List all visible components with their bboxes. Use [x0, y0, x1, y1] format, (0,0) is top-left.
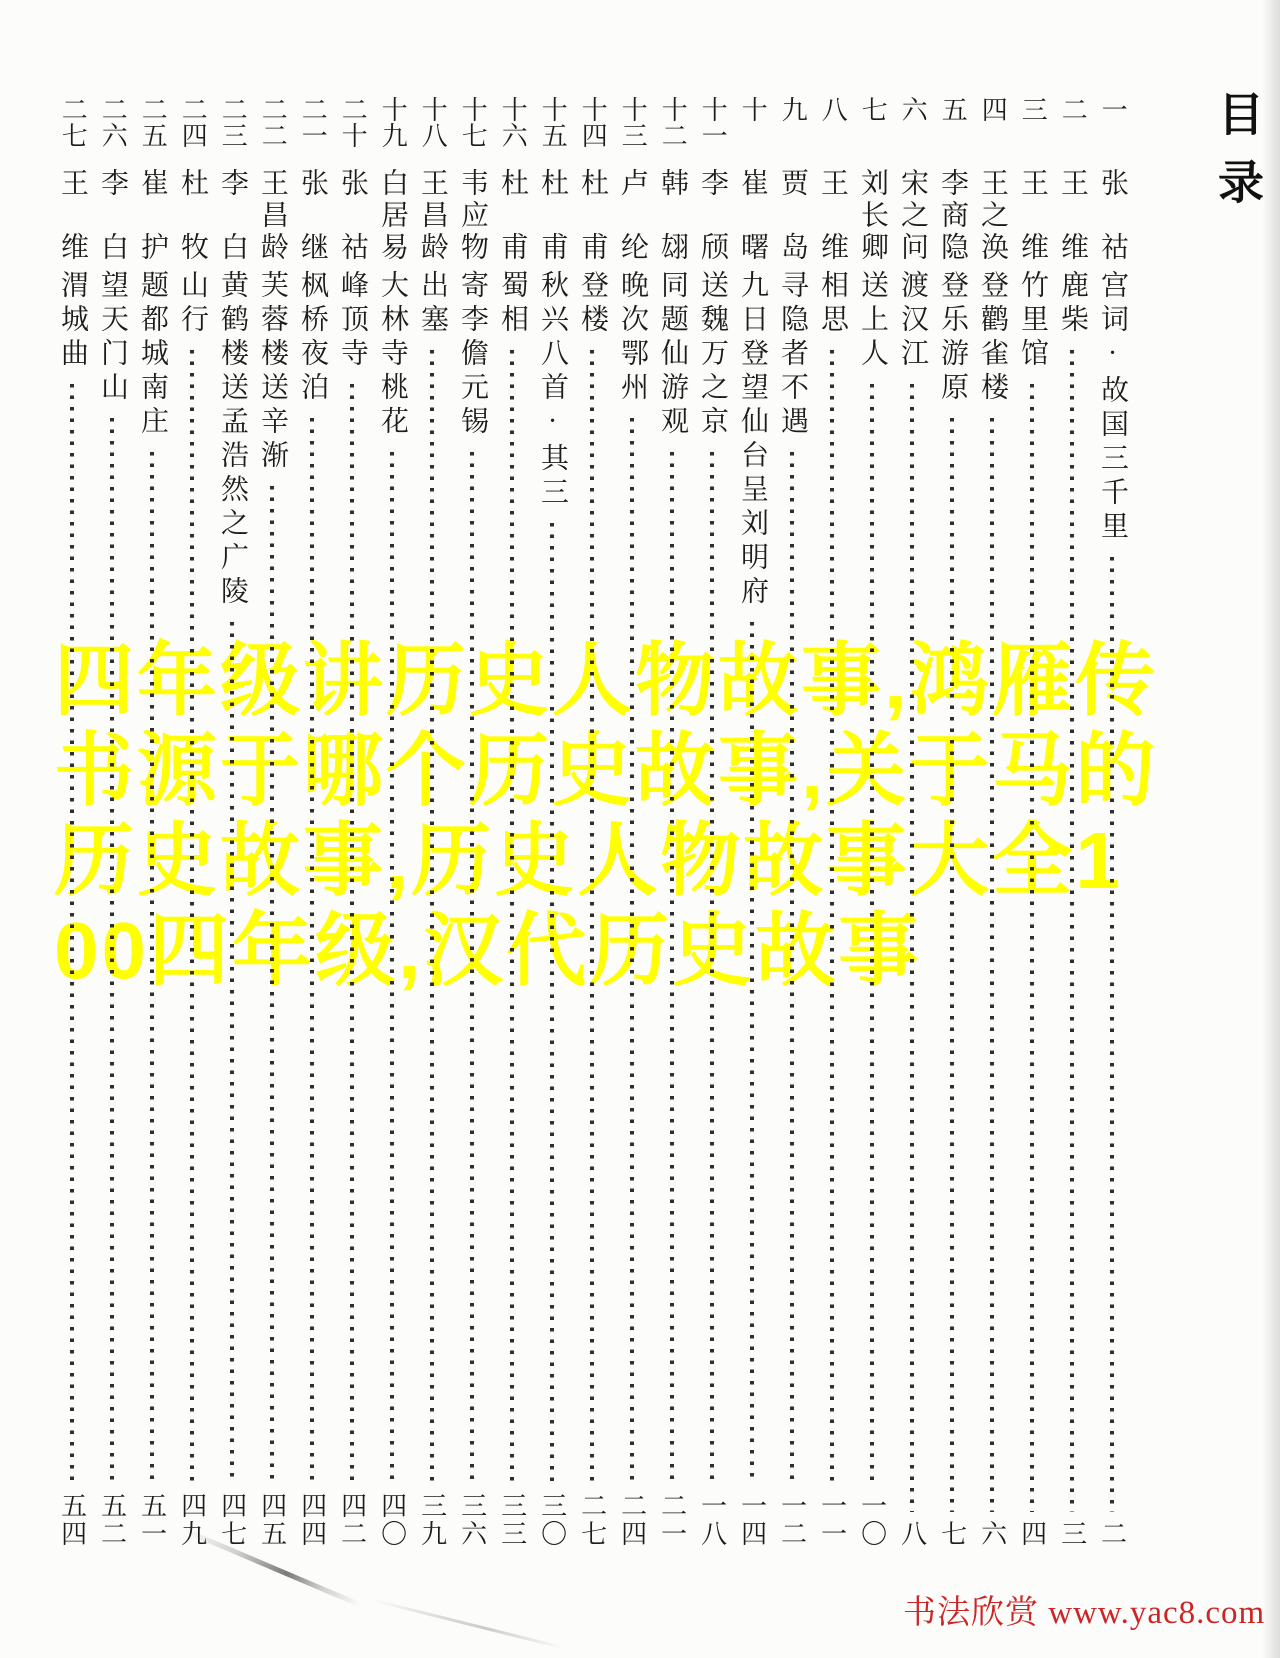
entry-number: 二七 — [58, 86, 87, 160]
scanned-toc-page: 四年级讲历史人物故事,鸿雁传 书源于哪个历史故事,关于马的 历史故事,历史人物故… — [0, 0, 1280, 1658]
dotted-leader — [510, 350, 514, 1484]
entry-title: 登乐游原 — [938, 270, 966, 406]
dotted-leader — [790, 452, 794, 1484]
entry-title: 芙蓉楼送辛渐 — [258, 270, 286, 474]
toc-entry[interactable]: 二三 李白 黄鹤楼送孟浩然之广陵 四七 — [212, 86, 252, 1548]
dotted-leader — [710, 452, 714, 1484]
toc-entry[interactable]: 十九 白居易 大林寺桃花 四〇 — [372, 86, 412, 1548]
entry-author: 崔护 — [132, 168, 172, 260]
entry-title: 峰顶寺 — [338, 270, 366, 372]
entry-title: 题都城南庄 — [138, 270, 166, 440]
dotted-leader — [1030, 384, 1034, 1512]
entry-page-number: 三 — [1058, 1520, 1085, 1548]
dotted-leader — [550, 523, 554, 1484]
entry-title: 大林寺桃花 — [378, 270, 406, 440]
entry-title: 山行 — [178, 270, 206, 338]
entry-number: 二二 — [258, 86, 287, 160]
dotted-leader — [630, 418, 634, 1484]
entry-number: 十二 — [658, 86, 687, 160]
entry-author: 张继 — [292, 168, 332, 260]
dotted-leader — [310, 418, 314, 1484]
entry-author: 杜甫 — [572, 168, 612, 260]
entry-number: 六 — [898, 86, 927, 160]
entry-number: 十五 — [538, 86, 567, 160]
entry-page-number: 四二 — [338, 1492, 365, 1548]
entry-author: 张祜 — [332, 168, 372, 260]
entry-page-number: 八 — [898, 1520, 925, 1548]
toc-entry[interactable]: 十三 卢纶 晚次鄂州 二四 — [612, 86, 652, 1548]
entry-number: 二十 — [338, 86, 367, 160]
entry-title: 晚次鄂州 — [618, 270, 646, 406]
entry-author: 韦应物 — [452, 168, 492, 260]
entry-number: 十三 — [618, 86, 647, 160]
toc-entry[interactable]: 八 王维 相思 一一 — [812, 86, 852, 1548]
dotted-leader — [990, 418, 994, 1512]
toc-entry[interactable]: 二一 张继 枫桥夜泊 四四 — [292, 86, 332, 1548]
toc-entry[interactable]: 十 崔曙 九日登望仙台呈刘明府 一四 — [732, 86, 772, 1548]
entry-title: 登鹳雀楼 — [978, 270, 1006, 406]
entry-page-number: 三三 — [498, 1492, 525, 1548]
entry-title: 九日登望仙台呈刘明府 — [738, 270, 766, 610]
entry-number: 二五 — [138, 86, 167, 160]
dotted-leader — [590, 350, 594, 1484]
entry-author: 杜牧 — [172, 168, 212, 260]
scan-edge-shadow — [1262, 0, 1280, 1658]
entry-number: 八 — [818, 86, 847, 160]
entry-author: 李白 — [92, 168, 132, 260]
entry-title: 出塞 — [418, 270, 446, 338]
entry-number: 九 — [778, 86, 807, 160]
entry-page-number: 四四 — [298, 1492, 325, 1548]
dotted-leader — [830, 350, 834, 1484]
site-watermark: 书法欣赏 www.yac8.com — [903, 1586, 1265, 1633]
toc-entry[interactable]: 十二 韩翃 同题仙游观 二一 — [652, 86, 692, 1548]
entry-author: 王维 — [1012, 168, 1052, 260]
toc-entry[interactable]: 二六 李白 望天门山 五二 — [92, 86, 132, 1548]
entry-title: 望天门山 — [98, 270, 126, 406]
entry-page-number: 五二 — [98, 1492, 125, 1548]
toc-entry[interactable]: 二五 崔护 题都城南庄 五一 — [132, 86, 172, 1548]
entry-page-number: 二 — [1098, 1520, 1125, 1548]
entry-title: 寄李儋元锡 — [458, 270, 486, 440]
entry-page-number: 六 — [978, 1520, 1005, 1548]
entry-page-number: 四五 — [258, 1492, 285, 1548]
entry-title: 蜀相 — [498, 270, 526, 338]
entry-author: 白居易 — [372, 168, 412, 260]
page-title: 目录 — [1204, 90, 1270, 226]
entry-author: 张祜 — [1092, 168, 1132, 260]
entry-number: 十六 — [498, 86, 527, 160]
entry-number: 十九 — [378, 86, 407, 160]
dotted-leader — [870, 384, 874, 1484]
toc-entry[interactable]: 十四 杜甫 登楼 二七 — [572, 86, 612, 1548]
entry-title: 黄鹤楼送孟浩然之广陵 — [218, 270, 246, 610]
entry-number: 十七 — [458, 86, 487, 160]
entry-number: 二 — [1058, 86, 1087, 160]
entry-title: 秋兴八首·其三 — [538, 270, 566, 511]
entry-title: 渡汉江 — [898, 270, 926, 372]
entry-title: 宫词·故国三千里 — [1098, 270, 1126, 545]
entry-number: 四 — [978, 86, 1007, 160]
dotted-leader — [70, 384, 74, 1484]
entry-page-number: 二一 — [658, 1492, 685, 1548]
entry-title: 相思 — [818, 270, 846, 338]
entry-title: 鹿柴 — [1058, 270, 1086, 338]
entry-page-number: 七 — [938, 1520, 965, 1548]
entry-title: 枫桥夜泊 — [298, 270, 326, 406]
entry-author: 李商隐 — [932, 168, 972, 260]
entry-author: 王维 — [812, 168, 852, 260]
dotted-leader — [750, 622, 754, 1484]
toc-entry[interactable]: 十一 李颀 送魏万之京 一八 — [692, 86, 732, 1548]
dotted-leader — [230, 622, 234, 1484]
toc-entry[interactable]: 七 刘长卿 送上人 一〇 — [852, 86, 892, 1548]
entry-author: 王之涣 — [972, 168, 1012, 260]
toc-entry[interactable]: 十五 杜甫 秋兴八首·其三 三〇 — [532, 86, 572, 1548]
toc-entry[interactable]: 二七 王维 渭城曲 五四 — [52, 86, 92, 1548]
entry-number: 七 — [858, 86, 887, 160]
entry-page-number: 三九 — [418, 1492, 445, 1548]
entry-number: 一 — [1098, 86, 1127, 160]
entry-title: 同题仙游观 — [658, 270, 686, 440]
entry-page-number: 一一 — [818, 1492, 845, 1548]
dotted-leader — [270, 486, 274, 1484]
toc-entry[interactable]: 五 李商隐 登乐游原 七 — [932, 86, 972, 1548]
entry-page-number: 一二 — [778, 1492, 805, 1548]
toc-entry[interactable]: 六 宋之问 渡汉江 八 — [892, 86, 932, 1548]
toc-entry[interactable]: 十六 杜甫 蜀相 三三 — [492, 86, 532, 1548]
dotted-leader — [950, 418, 954, 1512]
toc-entry[interactable]: 十八 王昌龄 出塞 三九 — [412, 86, 452, 1548]
entry-page-number: 四〇 — [378, 1492, 405, 1548]
entry-author: 王维 — [52, 168, 92, 260]
entry-title: 寻隐者不遇 — [778, 270, 806, 440]
entry-page-number: 二七 — [578, 1492, 605, 1548]
entry-number: 十四 — [578, 86, 607, 160]
entry-author: 王昌龄 — [412, 168, 452, 260]
entry-author: 杜甫 — [492, 168, 532, 260]
entry-author: 杜甫 — [532, 168, 572, 260]
entry-number: 二四 — [178, 86, 207, 160]
scan-scratch — [370, 1598, 565, 1649]
toc-entry[interactable]: 二十 张祜 峰顶寺 四二 — [332, 86, 372, 1548]
toc-entry[interactable]: 九 贾岛 寻隐者不遇 一二 — [772, 86, 812, 1548]
toc-entry[interactable]: 一 张祜 宫词·故国三千里 二 — [1092, 86, 1132, 1548]
dotted-leader — [910, 384, 914, 1512]
dotted-leader — [350, 384, 354, 1484]
dotted-leader — [670, 452, 674, 1484]
entry-page-number: 五一 — [138, 1492, 165, 1548]
entry-page-number: 一八 — [698, 1492, 725, 1548]
toc-entry[interactable]: 二 王维 鹿柴 三 — [1052, 86, 1092, 1548]
entry-title: 送魏万之京 — [698, 270, 726, 440]
entry-page-number: 四七 — [218, 1492, 245, 1548]
dotted-leader — [110, 418, 114, 1484]
entry-author: 王维 — [1052, 168, 1092, 260]
dotted-leader — [430, 350, 434, 1484]
entry-title: 竹里馆 — [1018, 270, 1046, 372]
toc-entry[interactable]: 二四 杜牧 山行 四九 — [172, 86, 212, 1548]
entry-number: 十 — [738, 86, 767, 160]
dotted-leader — [190, 350, 194, 1484]
toc-entry[interactable]: 四 王之涣 登鹳雀楼 六 — [972, 86, 1012, 1548]
entry-number: 五 — [938, 86, 967, 160]
entry-title: 登楼 — [578, 270, 606, 338]
entry-number: 十一 — [698, 86, 727, 160]
entry-page-number: 三〇 — [538, 1492, 565, 1548]
entry-title: 送上人 — [858, 270, 886, 372]
dotted-leader — [390, 452, 394, 1484]
dotted-leader — [150, 452, 154, 1484]
entry-number: 二一 — [298, 86, 327, 160]
entry-page-number: 一四 — [738, 1492, 765, 1548]
entry-number: 二六 — [98, 86, 127, 160]
entry-author: 李颀 — [692, 168, 732, 260]
entry-page-number: 一〇 — [858, 1492, 885, 1548]
entry-author: 王昌龄 — [252, 168, 292, 260]
entry-page-number: 二四 — [618, 1492, 645, 1548]
entry-page-number: 三六 — [458, 1492, 485, 1548]
entry-number: 三 — [1018, 86, 1047, 160]
dotted-leader — [1070, 350, 1074, 1512]
toc-list: 一 张祜 宫词·故国三千里 二 二 王维 鹿柴 三 三 王维 竹里馆 四 四 王… — [52, 86, 1132, 1548]
entry-number: 二三 — [218, 86, 247, 160]
entry-author: 李白 — [212, 168, 252, 260]
dotted-leader — [1110, 557, 1114, 1512]
toc-entry[interactable]: 二二 王昌龄 芙蓉楼送辛渐 四五 — [252, 86, 292, 1548]
entry-number: 十八 — [418, 86, 447, 160]
entry-author: 卢纶 — [612, 168, 652, 260]
toc-entry[interactable]: 三 王维 竹里馆 四 — [1012, 86, 1052, 1548]
entry-page-number: 五四 — [58, 1492, 85, 1548]
entry-author: 韩翃 — [652, 168, 692, 260]
entry-author: 刘长卿 — [852, 168, 892, 260]
entry-author: 贾岛 — [772, 168, 812, 260]
toc-entry[interactable]: 十七 韦应物 寄李儋元锡 三六 — [452, 86, 492, 1548]
entry-author: 崔曙 — [732, 168, 772, 260]
entry-author: 宋之问 — [892, 168, 932, 260]
entry-title: 渭城曲 — [58, 270, 86, 372]
dotted-leader — [470, 452, 474, 1484]
entry-page-number: 四 — [1018, 1520, 1045, 1548]
